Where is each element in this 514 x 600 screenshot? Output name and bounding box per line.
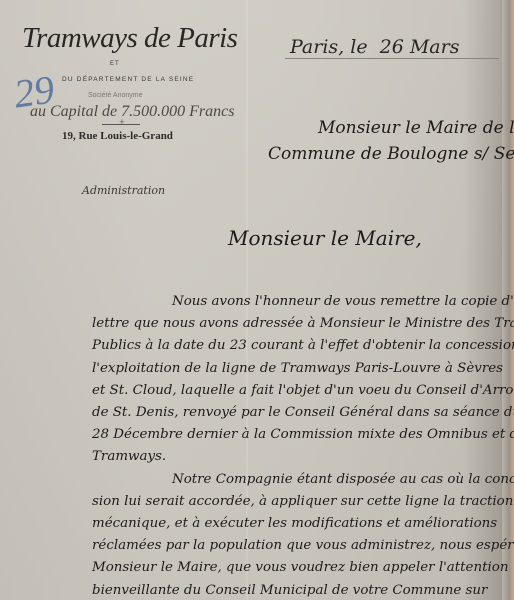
date-rule (285, 58, 499, 59)
body-line: Nous avons l'honneur de vous remettre la… (92, 291, 512, 313)
recipient-line-2: Commune de Boulogne s/ Seine. (268, 144, 514, 164)
letter-body: Nous avons l'honneur de vous remettre la… (92, 291, 512, 600)
body-line: Tramways. (92, 446, 512, 468)
date-place: Paris, le (290, 36, 368, 58)
body-line: lettre que nous avons adressée à Monsieu… (92, 313, 512, 335)
body-line: 28 Décembre dernier à la Commission mixt… (92, 424, 512, 446)
body-line: Publics à la date du 23 courant à l'effe… (92, 335, 512, 357)
date-day-month: 26 Mars (380, 36, 460, 58)
company-capital: au Capital de 7.500.000 Francs (30, 103, 234, 121)
body-line: de St. Denis, renvoyé par le Conseil Gén… (92, 402, 512, 424)
company-type: Société Anonyme (88, 92, 142, 99)
body-line: réclamées par la population que vous adm… (92, 535, 512, 557)
body-line: Monsieur le Maire, que vous voudrez bien… (92, 557, 512, 579)
company-address: 19, Rue Louis-le-Grand (62, 130, 173, 142)
salutation: Monsieur le Maire, (228, 226, 422, 250)
letter-date: Paris, le 26 Mars 1889. (290, 36, 514, 58)
body-line: et St. Cloud, laquelle a fait l'objet d'… (92, 380, 512, 402)
body-line: bienveillante du Conseil Municipal de vo… (92, 580, 512, 600)
body-line: sion lui serait accordée, à appliquer su… (92, 491, 512, 513)
body-line: Notre Compagnie étant disposée au cas où… (92, 469, 512, 491)
archive-number: 29 (11, 65, 57, 117)
company-name: Tramways de Paris (22, 22, 237, 55)
company-et: ET (110, 61, 120, 67)
body-line: mécanique, et à exécuter les modificatio… (92, 513, 512, 535)
ornament-divider (102, 124, 140, 125)
body-line: l'exploitation de la ligne de Tramways P… (92, 358, 512, 380)
recipient-line-1: Monsieur le Maire de la (318, 118, 514, 138)
company-department: DU DÉPARTEMENT DE LA SEINE (62, 76, 194, 83)
department-label: Administration (82, 184, 165, 197)
